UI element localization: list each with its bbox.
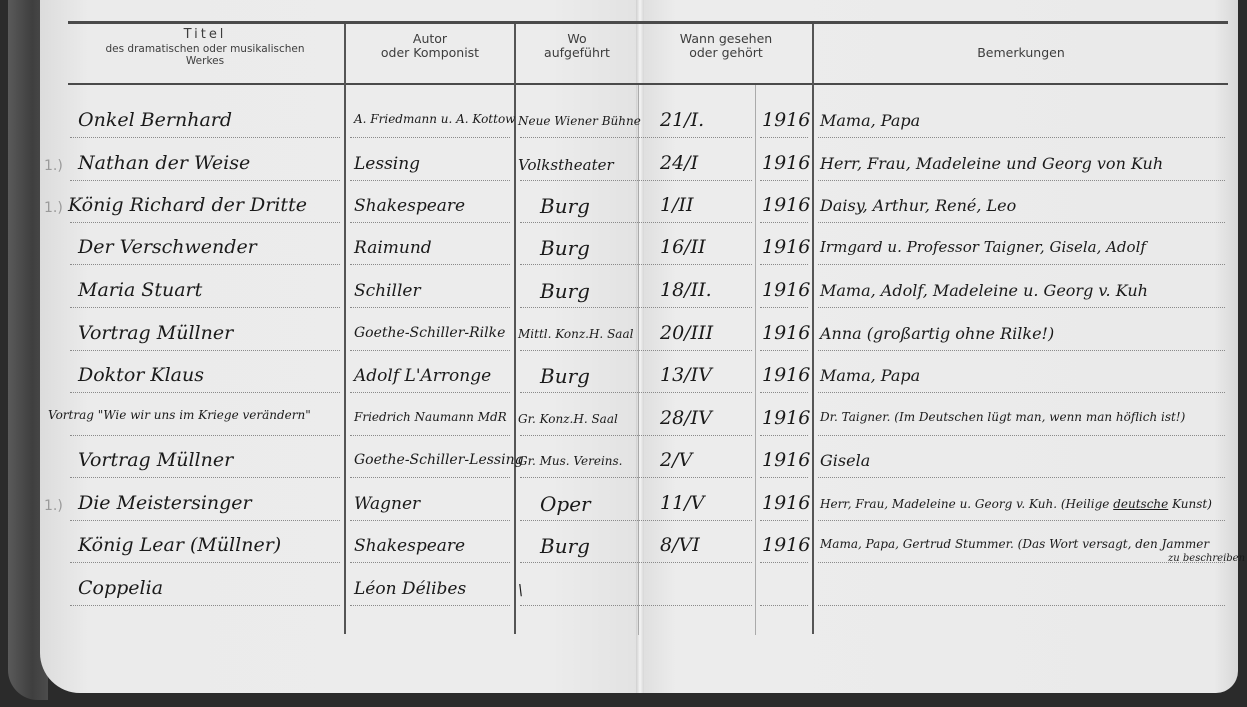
header-title: Titel des dramatischen oder musikalische… — [70, 28, 340, 67]
header-rule — [68, 83, 1228, 85]
margin-mark: 1.) — [44, 498, 63, 514]
entry-date: 11/V — [660, 494, 704, 513]
entry-date: 28/IV — [660, 409, 712, 428]
right-page — [640, 0, 1238, 693]
entry-year: 1916 — [762, 111, 810, 130]
entry-author: Wagner — [354, 496, 420, 513]
column-divider — [812, 24, 814, 634]
entry-title: Vortrag "Wie wir uns im Kriege verändern… — [48, 409, 311, 421]
entry-remarks: Mama, Papa — [820, 113, 920, 129]
entry-year: 1916 — [762, 196, 810, 215]
row-ruling — [520, 222, 752, 223]
row-ruling — [70, 307, 340, 308]
entry-remarks: Daisy, Arthur, René, Leo — [820, 198, 1016, 214]
row-ruling — [818, 392, 1225, 393]
entry-title: Vortrag Müllner — [78, 324, 233, 343]
entry-venue: Gr. Mus. Vereins. — [518, 455, 622, 467]
row-ruling — [520, 307, 752, 308]
remarks-underlined-text: deutsche — [1113, 497, 1168, 511]
row-ruling — [760, 137, 808, 138]
entry-remarks: Herr, Frau, Madeleine u. Georg v. Kuh. (… — [820, 498, 1212, 510]
header-author-line1: Autor — [346, 32, 514, 46]
row-ruling — [760, 392, 808, 393]
entry-date: 21/I. — [660, 111, 704, 130]
entry-title: Onkel Bernhard — [78, 111, 232, 130]
row-ruling — [350, 477, 510, 478]
entry-venue: Neue Wiener Bühne — [518, 115, 641, 127]
row-ruling — [350, 350, 510, 351]
header-when-line2: oder gehört — [640, 46, 812, 60]
header-when: Wann gesehen oder gehört — [640, 32, 812, 61]
entry-author: Goethe-Schiller-Rilke — [354, 326, 505, 340]
row-ruling — [70, 520, 340, 521]
entry-date: 18/II. — [660, 281, 712, 300]
entry-remarks: Mama, Papa — [820, 368, 920, 384]
entry-year: 1916 — [762, 281, 810, 300]
row-ruling — [520, 180, 752, 181]
row-ruling — [818, 350, 1225, 351]
row-ruling — [760, 307, 808, 308]
row-ruling — [818, 264, 1225, 265]
entry-remarks: Anna (großartig ohne Rilke!) — [820, 326, 1054, 342]
row-ruling — [350, 520, 510, 521]
row-ruling — [350, 562, 510, 563]
header-remarks-label: Bemerkungen — [814, 46, 1228, 60]
entry-venue: Gr. Konz.H. Saal — [518, 413, 618, 425]
entry-remarks: Irmgard u. Professor Taigner, Gisela, Ad… — [820, 240, 1146, 255]
remarks-text: Herr, Frau, Madeleine u. Georg v. Kuh. (… — [820, 497, 1113, 511]
header-when-line1: Wann gesehen — [640, 32, 812, 46]
entry-date: 8/VI — [660, 536, 700, 555]
entry-author: Friedrich Naumann MdR — [354, 411, 507, 423]
header-author-line2: oder Komponist — [346, 46, 514, 60]
entry-venue: Burg — [540, 366, 590, 386]
header-title-sub2: Werkes — [70, 55, 340, 67]
row-ruling — [760, 180, 808, 181]
entry-date: 13/IV — [660, 366, 712, 385]
margin-mark: 1.) — [44, 158, 63, 174]
row-ruling — [818, 435, 1225, 436]
entry-venue: Burg — [540, 536, 590, 556]
row-ruling — [350, 180, 510, 181]
header-where-line2: aufgeführt — [516, 46, 638, 60]
entry-venue: Burg — [540, 238, 590, 258]
entry-year: 1916 — [762, 366, 810, 385]
entry-venue: Burg — [540, 281, 590, 301]
header-title-main: Titel — [70, 28, 340, 43]
entry-venue: Oper — [540, 494, 591, 514]
entry-author: Léon Délibes — [354, 581, 466, 598]
remarks-text: Kunst) — [1168, 497, 1212, 511]
row-ruling — [760, 520, 808, 521]
column-divider — [344, 24, 346, 634]
row-ruling — [818, 222, 1225, 223]
entry-remarks-continuation: zu beschreiben — [1168, 554, 1245, 564]
entry-author: A. Friedmann u. A. Kottow — [354, 113, 515, 125]
row-ruling — [760, 222, 808, 223]
entry-venue: Mittl. Konz.H. Saal — [518, 328, 633, 340]
row-ruling — [350, 264, 510, 265]
header-author: Autor oder Komponist — [346, 32, 514, 61]
entry-year: 1916 — [762, 409, 810, 428]
row-ruling — [818, 137, 1225, 138]
entry-title: Vortrag Müllner — [78, 451, 233, 470]
entry-author: Shakespeare — [354, 538, 465, 555]
row-ruling — [350, 435, 510, 436]
row-ruling — [760, 264, 808, 265]
row-ruling — [760, 435, 808, 436]
entry-venue: \ — [518, 583, 523, 598]
entry-remarks: Mama, Adolf, Madeleine u. Georg v. Kuh — [820, 283, 1148, 299]
top-rule — [68, 21, 1228, 24]
row-ruling — [760, 605, 808, 606]
entry-author: Lessing — [354, 156, 420, 173]
header-where-line1: Wo — [516, 32, 638, 46]
entry-title: Doktor Klaus — [78, 366, 204, 385]
row-ruling — [760, 350, 808, 351]
entry-venue: Volkstheater — [518, 158, 614, 173]
entry-title: Coppelia — [78, 579, 163, 598]
row-ruling — [70, 180, 340, 181]
entry-year: 1916 — [762, 238, 810, 257]
entry-date: 2/V — [660, 451, 692, 470]
row-ruling — [818, 520, 1225, 521]
entry-author: Adolf L'Arronge — [354, 368, 491, 385]
header-title-sub: des dramatischen oder musikalischen — [70, 43, 340, 55]
row-ruling — [350, 222, 510, 223]
column-divider — [755, 85, 756, 635]
entry-title: Die Meistersinger — [78, 494, 252, 513]
entry-title: Der Verschwender — [78, 238, 257, 257]
row-ruling — [760, 562, 808, 563]
entry-remarks: Dr. Taigner. (Im Deutschen lügt man, wen… — [820, 411, 1185, 423]
entry-date: 1/II — [660, 196, 694, 215]
row-ruling — [520, 392, 752, 393]
row-ruling — [520, 435, 752, 436]
entry-title: König Lear (Müllner) — [78, 536, 281, 555]
row-ruling — [70, 350, 340, 351]
entry-date: 24/I — [660, 154, 698, 173]
row-ruling — [70, 435, 340, 436]
column-divider — [638, 85, 639, 635]
entry-title: Nathan der Weise — [78, 154, 250, 173]
row-ruling — [520, 520, 752, 521]
row-ruling — [760, 477, 808, 478]
row-ruling — [70, 605, 340, 606]
row-ruling — [818, 605, 1225, 606]
entry-title: Maria Stuart — [78, 281, 202, 300]
row-ruling — [350, 137, 510, 138]
header-where: Wo aufgeführt — [516, 32, 638, 61]
row-ruling — [520, 350, 752, 351]
row-ruling — [520, 562, 752, 563]
entry-title: König Richard der Dritte — [68, 196, 307, 215]
row-ruling — [520, 264, 752, 265]
row-ruling — [70, 264, 340, 265]
row-ruling — [350, 605, 510, 606]
row-ruling — [818, 562, 1225, 563]
row-ruling — [70, 137, 340, 138]
entry-year: 1916 — [762, 494, 810, 513]
margin-mark: 1.) — [44, 200, 63, 216]
row-ruling — [520, 477, 752, 478]
entry-remarks: Gisela — [820, 453, 870, 469]
entry-remarks: Herr, Frau, Madeleine und Georg von Kuh — [820, 156, 1163, 172]
entry-author: Raimund — [354, 240, 432, 257]
row-ruling — [818, 180, 1225, 181]
row-ruling — [350, 307, 510, 308]
entry-author: Shakespeare — [354, 198, 465, 215]
ledger-book: Titel des dramatischen oder musikalische… — [0, 0, 1247, 707]
row-ruling — [350, 392, 510, 393]
row-ruling — [70, 562, 340, 563]
entry-date: 20/III — [660, 324, 713, 343]
entry-year: 1916 — [762, 536, 810, 555]
entry-remarks: Mama, Papa, Gertrud Stummer. (Das Wort v… — [820, 538, 1209, 550]
entry-venue: Burg — [540, 196, 590, 216]
row-ruling — [520, 605, 752, 606]
row-ruling — [70, 222, 340, 223]
entry-author: Goethe-Schiller-Lessing — [354, 453, 524, 467]
row-ruling — [520, 137, 752, 138]
row-ruling — [818, 477, 1225, 478]
entry-year: 1916 — [762, 451, 810, 470]
entry-author: Schiller — [354, 283, 421, 300]
entry-year: 1916 — [762, 324, 810, 343]
row-ruling — [70, 392, 340, 393]
entry-year: 1916 — [762, 154, 810, 173]
row-ruling — [70, 477, 340, 478]
row-ruling — [818, 307, 1225, 308]
entry-date: 16/II — [660, 238, 706, 257]
header-remarks: Bemerkungen — [814, 46, 1228, 60]
